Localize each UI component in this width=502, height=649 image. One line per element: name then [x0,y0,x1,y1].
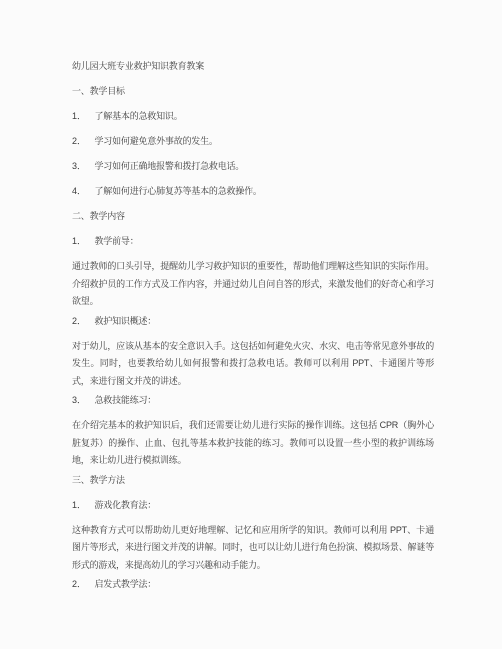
paragraph: 对于幼儿，应该从基本的安全意识入手。这包括如何避免火灾、水灾、电击等常见意外事故… [72,338,434,391]
list-item: 3．学习如何正确地报警和拨打急救电话。 [72,158,434,176]
section-heading-content: 二、教学内容 [72,208,434,226]
list-item: 2．启发式教学法： [72,576,434,594]
paragraph: 在介绍完基本的救护知识后，我们还需要让幼儿进行实际的操作训练。这包括 CPR（胸… [72,417,434,470]
section-heading-methods: 三、教学方法 [72,472,434,490]
list-item: 1．游戏化教育法： [72,497,434,515]
doc-title: 幼儿园大班专业救护知识教育教案 [72,58,434,76]
item-text: 学习如何正确地报警和拨打急救电话。 [95,161,245,171]
list-item: 3．急救技能练习： [72,392,434,410]
item-number: 3． [72,158,95,176]
item-text: 游戏化教育法： [95,500,157,510]
item-text: 了解基本的急救知识。 [95,111,183,121]
item-text: 学习如何避免意外事故的发生。 [95,136,218,146]
paragraph: 通过教师的口头引导，提醒幼儿学习救护知识的重要性，帮助他们理解这些知识的实际作用… [72,258,434,311]
list-item: 1．教学前导： [72,233,434,251]
item-number: 2． [72,576,95,594]
item-text: 启发式教学法： [95,579,157,589]
document-body: 幼儿园大班专业救护知识教育教案 一、教学目标 1．了解基本的急救知识。 2．学习… [72,0,434,601]
item-number: 2． [72,313,95,331]
item-text: 急救技能练习： [95,395,157,405]
item-number: 1． [72,108,95,126]
item-number: 1． [72,233,95,251]
item-number: 3． [72,392,95,410]
item-text: 教学前导： [95,236,139,246]
list-item: 4．了解如何进行心肺复苏等基本的急救操作。 [72,183,434,201]
paragraph: 这种教育方式可以帮助幼儿更好地理解、记忆和应用所学的知识。教师可以利用 PPT、… [72,522,434,575]
list-item: 2．学习如何避免意外事故的发生。 [72,133,434,151]
item-number: 4． [72,183,95,201]
document-page: 幼儿园大班专业救护知识教育教案 一、教学目标 1．了解基本的急救知识。 2．学习… [0,0,502,649]
list-item: 1．了解基本的急救知识。 [72,108,434,126]
item-text: 救护知识概述： [95,316,157,326]
item-number: 2． [72,133,95,151]
section-heading-objectives: 一、教学目标 [72,83,434,101]
item-text: 了解如何进行心肺复苏等基本的急救操作。 [95,186,262,196]
item-number: 1． [72,497,95,515]
list-item: 2．救护知识概述： [72,313,434,331]
